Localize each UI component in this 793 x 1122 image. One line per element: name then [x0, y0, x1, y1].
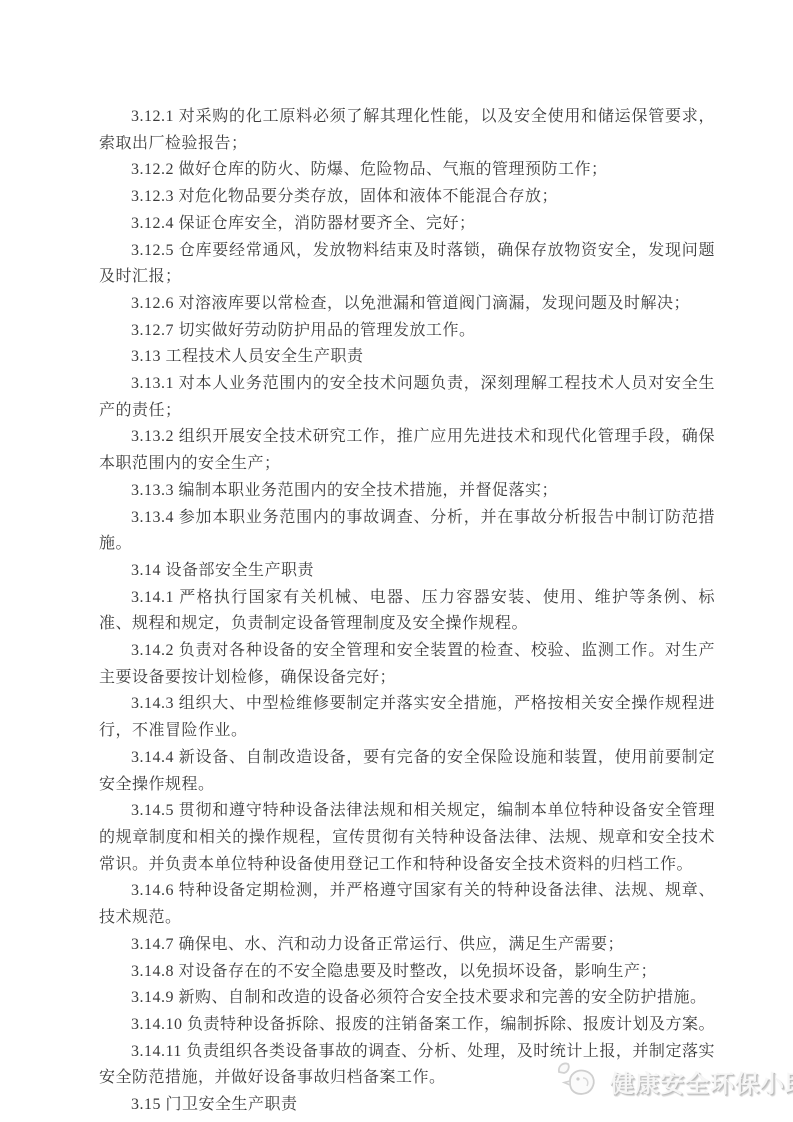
document-paragraph: 3.12.7 切实做好劳动防护用品的管理发放工作。: [99, 318, 715, 345]
document-paragraph: 3.12.4 保证仓库安全，消防器材要齐全、完好；: [99, 211, 715, 238]
document-paragraph: 3.12.6 对溶液库要以常检查，以免泄漏和管道阀门滴漏，发现问题及时解决；: [99, 291, 715, 318]
document-content: 3.12.1 对采购的化工原料必须了解其理化性能，以及安全使用和储运保管要求，索…: [99, 104, 715, 1119]
document-paragraph: 3.14.8 对设备存在的不安全隐患要及时整改，以免损坏设备，影响生产；: [99, 959, 715, 986]
document-paragraph: 3.14.9 新购、自制和改造的设备必须符合安全技术要求和完善的安全防护措施。: [99, 985, 715, 1012]
chick-logo-icon: [556, 1058, 602, 1104]
document-paragraph: 3.14.10 负责特种设备拆除、报废的注销备案工作，编制拆除、报废计划及方案。: [99, 1012, 715, 1039]
document-paragraph: 3.14.3 组织大、中型检维修要制定并落实安全措施，严格按相关安全操作规程进行…: [99, 691, 715, 744]
document-page: 3.12.1 对采购的化工原料必须了解其理化性能，以及安全使用和储运保管要求，索…: [0, 0, 793, 1122]
document-paragraph: 3.14.7 确保电、水、汽和动力设备正常运行、供应，满足生产需要；: [99, 932, 715, 959]
document-paragraph: 3.14.4 新设备、自制改造设备，要有完备的安全保险设施和装置，使用前要制定安…: [99, 745, 715, 798]
document-paragraph: 3.13.2 组织开展安全技术研究工作，推广应用先进技术和现代化管理手段，确保本…: [99, 424, 715, 477]
document-paragraph: 3.14.1 严格执行国家有关机械、电器、压力容器安装、使用、维护等条例、标准、…: [99, 585, 715, 638]
document-paragraph: 3.14.5 贯彻和遵守特种设备法律法规和相关规定，编制本单位特种设备安全管理的…: [99, 798, 715, 878]
document-paragraph: 3.14 设备部安全生产职责: [99, 558, 715, 585]
document-paragraph: 3.12.2 做好仓库的防火、防爆、危险物品、气瓶的管理预防工作；: [99, 157, 715, 184]
watermark-label: 健康安全环保小助手: [610, 1064, 793, 1099]
watermark: 健康安全环保小助手: [556, 1058, 793, 1104]
document-paragraph: 3.12.1 对采购的化工原料必须了解其理化性能，以及安全使用和储运保管要求，索…: [99, 104, 715, 157]
document-paragraph: 3.13.3 编制本职业务范围内的安全技术措施，并督促落实；: [99, 478, 715, 505]
document-paragraph: 3.13 工程技术人员安全生产职责: [99, 344, 715, 371]
document-paragraph: 3.12.3 对危化物品要分类存放，固体和液体不能混合存放；: [99, 184, 715, 211]
document-paragraph: 3.14.6 特种设备定期检测，并严格遵守国家有关的特种设备法律、法规、规章、技…: [99, 878, 715, 931]
document-paragraph: 3.13.4 参加本职业务范围内的事故调查、分析，并在事故分析报告中制订防范措施…: [99, 505, 715, 558]
document-paragraph: 3.14.2 负责对各种设备的安全管理和安全装置的检查、校验、监测工作。对生产主…: [99, 638, 715, 691]
document-paragraph: 3.13.1 对本人业务范围内的安全技术问题负责，深刻理解工程技术人员对安全生产…: [99, 371, 715, 424]
document-paragraph: 3.12.5 仓库要经常通风，发放物料结束及时落锁，确保存放物资安全，发现问题及…: [99, 238, 715, 291]
